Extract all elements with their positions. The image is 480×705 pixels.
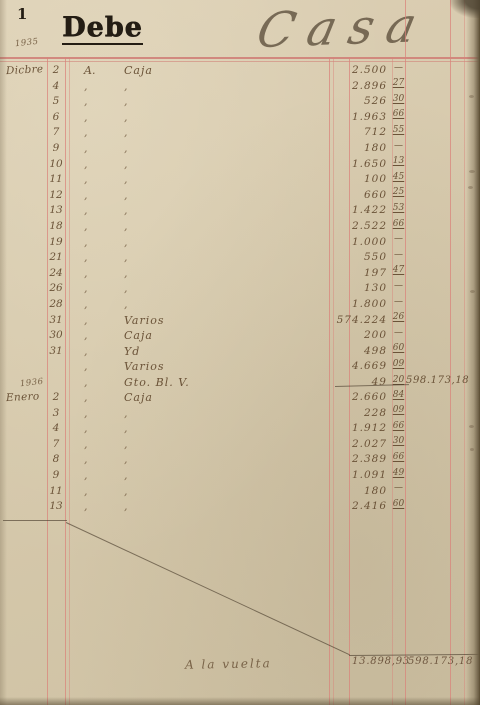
ref-cell: , [84, 438, 100, 451]
day-cell: 11 [46, 485, 66, 497]
ledger-row: 24,,19747 [0, 267, 480, 282]
cents-cell: 53 [392, 203, 406, 213]
ledger-row: 13,,1.42253 [0, 204, 480, 219]
amount-cell: 660 [334, 189, 387, 201]
month-cell: Enero [6, 390, 49, 404]
ref-cell: , [84, 407, 100, 420]
ref-cell: , [84, 469, 100, 482]
description-cell: , [124, 189, 254, 202]
amount-cell: 130 [334, 282, 387, 294]
ref-cell: , [84, 126, 100, 139]
cents-cell: — [392, 250, 406, 260]
ledger-row: 6,,1.96366 [0, 111, 480, 126]
ledger-row: 8,,2.38966 [0, 453, 480, 468]
cents-cell: 30 [392, 94, 406, 104]
amount-cell: 2.896 [334, 80, 387, 92]
ledger-row: ,Varios4.66909 [0, 360, 480, 375]
cents-cell: 47 [392, 265, 406, 275]
day-cell: 28 [46, 298, 66, 310]
running-total-cell: 598.173,18 [406, 375, 454, 386]
description-cell: , [124, 111, 254, 124]
day-cell: 3 [46, 407, 66, 419]
head-rule-top [0, 57, 480, 59]
page-edge-left [0, 0, 7, 705]
ledger-page: 1 Debe Casa 1935 1936 Dicbre2A.Caja2.500… [0, 0, 480, 705]
day-cell: 26 [46, 282, 66, 294]
amount-cell: 550 [334, 251, 387, 263]
ref-cell: , [84, 173, 100, 186]
day-cell: 7 [46, 126, 66, 138]
ref-cell: , [84, 251, 100, 264]
amount-cell: 2.522 [334, 220, 387, 232]
ledger-row: 10,,1.65013 [0, 158, 480, 173]
cents-cell: 13 [392, 156, 406, 166]
ref-cell: , [84, 282, 100, 295]
description-cell: , [124, 267, 254, 280]
cents-cell: 09 [392, 359, 406, 369]
cents-cell: — [392, 328, 406, 338]
description-cell: , [124, 204, 254, 217]
day-cell: 19 [46, 236, 66, 248]
amount-cell: 498 [334, 345, 387, 357]
cents-cell: 66 [392, 109, 406, 119]
cents-cell: 30 [392, 436, 406, 446]
cents-cell: — [392, 234, 406, 244]
day-cell: 2 [46, 391, 66, 403]
closing-line-diagonal [66, 522, 350, 655]
amount-cell: 228 [334, 407, 387, 419]
amount-cell: 526 [334, 95, 387, 107]
ref-cell: , [84, 80, 100, 93]
cents-cell: — [392, 281, 406, 291]
carry-forward-label: A la vuelta [185, 656, 272, 672]
description-cell: , [124, 407, 254, 420]
ledger-row: 7,,71255 [0, 126, 480, 141]
ref-cell: , [84, 485, 100, 498]
description-cell: , [124, 500, 254, 513]
carry-forward-total: 598.173,18 [408, 656, 460, 667]
description-cell: , [124, 251, 254, 264]
cents-cell: — [392, 297, 406, 307]
ref-cell: A. [84, 64, 100, 77]
ref-cell: , [84, 345, 100, 358]
cents-cell: — [392, 141, 406, 151]
description-cell: Caja [124, 329, 254, 342]
description-cell: , [124, 282, 254, 295]
ledger-row: 31,Yd49860 [0, 345, 480, 360]
day-cell: 4 [46, 80, 66, 92]
amount-cell: 180 [334, 142, 387, 154]
day-cell: 12 [46, 189, 66, 201]
ledger-row: 26,,130— [0, 282, 480, 297]
ledger-row: 19,,1.000— [0, 236, 480, 251]
day-cell: 31 [46, 345, 66, 357]
cents-cell: 66 [392, 452, 406, 462]
ref-cell: , [84, 360, 100, 373]
ref-cell: , [84, 267, 100, 280]
ledger-row: Dicbre2A.Caja2.500— [0, 64, 480, 79]
ref-cell: , [84, 329, 100, 342]
amount-cell: 2.500 [334, 64, 387, 76]
description-cell: , [124, 438, 254, 451]
page-edge-bottom [0, 697, 480, 705]
ledger-row: 11,,10045 [0, 173, 480, 188]
ledger-row: 7,,2.02730 [0, 438, 480, 453]
ledger-row: 21,,550— [0, 251, 480, 266]
day-cell: 8 [46, 453, 66, 465]
day-cell: 9 [46, 469, 66, 481]
description-cell: , [124, 142, 254, 155]
casa-title: Casa [252, 0, 434, 59]
amount-cell: 574.224 [334, 314, 387, 326]
description-cell: , [124, 485, 254, 498]
cents-cell: 49 [392, 468, 406, 478]
closing-line-left [3, 520, 67, 521]
amount-cell: 197 [334, 267, 387, 279]
ref-cell: , [84, 298, 100, 311]
description-cell: , [124, 220, 254, 233]
page-corner-dark [450, 0, 480, 18]
day-cell: 21 [46, 251, 66, 263]
description-cell: , [124, 158, 254, 171]
day-cell: 5 [46, 95, 66, 107]
day-cell: 7 [46, 438, 66, 450]
ledger-row: 28,,1.800— [0, 298, 480, 313]
ref-cell: , [84, 142, 100, 155]
description-cell: Varios [124, 360, 254, 373]
amount-cell: 100 [334, 173, 387, 185]
amount-cell: 180 [334, 485, 387, 497]
amount-cell: 1.000 [334, 236, 387, 248]
ledger-row: 31,Varios574.22426 [0, 314, 480, 329]
description-cell: Caja [124, 391, 254, 404]
description-cell: , [124, 126, 254, 139]
description-cell: , [124, 236, 254, 249]
ledger-row: 5,,52630 [0, 95, 480, 110]
cents-cell: 60 [392, 343, 406, 353]
day-cell: 30 [46, 329, 66, 341]
page-number: 1 [17, 5, 28, 23]
ref-cell: , [84, 236, 100, 249]
ledger-row: 13,,2.41660 [0, 500, 480, 515]
year-note-1935: 1935 [15, 37, 40, 49]
ref-cell: , [84, 422, 100, 435]
cents-cell: 60 [392, 499, 406, 509]
day-cell: 6 [46, 111, 66, 123]
amount-cell: 2.027 [334, 438, 387, 450]
day-cell: 24 [46, 267, 66, 279]
cents-cell: 20 [392, 375, 406, 385]
amount-cell: 1.091 [334, 469, 387, 481]
amount-cell: 2.660 [334, 391, 387, 403]
day-cell: 18 [46, 220, 66, 232]
ref-cell: , [84, 500, 100, 513]
amount-cell: 2.416 [334, 500, 387, 512]
amount-cell: 200 [334, 329, 387, 341]
ref-cell: , [84, 111, 100, 124]
ledger-row: Enero2,Caja2.66084 [0, 391, 480, 406]
ref-cell: , [84, 453, 100, 466]
ref-cell: , [84, 376, 100, 389]
day-cell: 4 [46, 422, 66, 434]
amount-cell: 1.422 [334, 204, 387, 216]
description-cell: Varios [124, 314, 254, 327]
description-cell: , [124, 453, 254, 466]
ledger-row: 30,Caja200— [0, 329, 480, 344]
description-cell: , [124, 95, 254, 108]
cents-cell: 09 [392, 405, 406, 415]
amount-cell: 2.389 [334, 453, 387, 465]
amount-cell: 1.912 [334, 422, 387, 434]
description-cell: , [124, 469, 254, 482]
cents-cell: 26 [392, 312, 406, 322]
day-cell: 9 [46, 142, 66, 154]
head-rule-bottom [0, 61, 480, 63]
description-cell: , [124, 80, 254, 93]
ledger-row: 9,,1.09149 [0, 469, 480, 484]
debe-title: Debe [62, 13, 143, 45]
carry-forward-current: 13.898,93 [352, 656, 404, 667]
amount-cell: 4.669 [334, 360, 387, 372]
ledger-row: 4,,2.89627 [0, 80, 480, 95]
ref-cell: , [84, 391, 100, 404]
cents-cell: 27 [392, 78, 406, 88]
cents-cell: 55 [392, 125, 406, 135]
amount-cell: 1.963 [334, 111, 387, 123]
day-cell: 13 [46, 500, 66, 512]
ledger-row: 9,,180— [0, 142, 480, 157]
description-cell: Gto. Bl. V. [124, 376, 254, 389]
ledger-row: 3,,22809 [0, 407, 480, 422]
amount-cell: 1.800 [334, 298, 387, 310]
cents-cell: — [392, 63, 406, 73]
ref-cell: , [84, 220, 100, 233]
amount-cell: 1.650 [334, 158, 387, 170]
day-cell: 13 [46, 204, 66, 216]
ledger-row: 18,,2.52266 [0, 220, 480, 235]
ref-cell: , [84, 189, 100, 202]
ref-cell: , [84, 314, 100, 327]
description-cell: Yd [124, 345, 254, 358]
ledger-row: 11,,180— [0, 485, 480, 500]
day-cell: 2 [46, 64, 66, 76]
book-edge-right [466, 0, 480, 705]
day-cell: 11 [46, 173, 66, 185]
month-cell: Dicbre [6, 63, 49, 77]
day-cell: 10 [46, 158, 66, 170]
description-cell: , [124, 298, 254, 311]
day-cell: 31 [46, 314, 66, 326]
cents-cell: 45 [392, 172, 406, 182]
ledger-row: 4,,1.91266 [0, 422, 480, 437]
description-cell: Caja [124, 64, 254, 77]
ref-cell: , [84, 95, 100, 108]
cents-cell: 66 [392, 421, 406, 431]
cents-cell: 66 [392, 219, 406, 229]
ledger-row: 12,,66025 [0, 189, 480, 204]
description-cell: , [124, 173, 254, 186]
cents-cell: — [392, 483, 406, 493]
amount-cell: 712 [334, 126, 387, 138]
ref-cell: , [84, 204, 100, 217]
description-cell: , [124, 422, 254, 435]
cents-cell: 84 [392, 390, 406, 400]
cents-cell: 25 [392, 187, 406, 197]
ref-cell: , [84, 158, 100, 171]
